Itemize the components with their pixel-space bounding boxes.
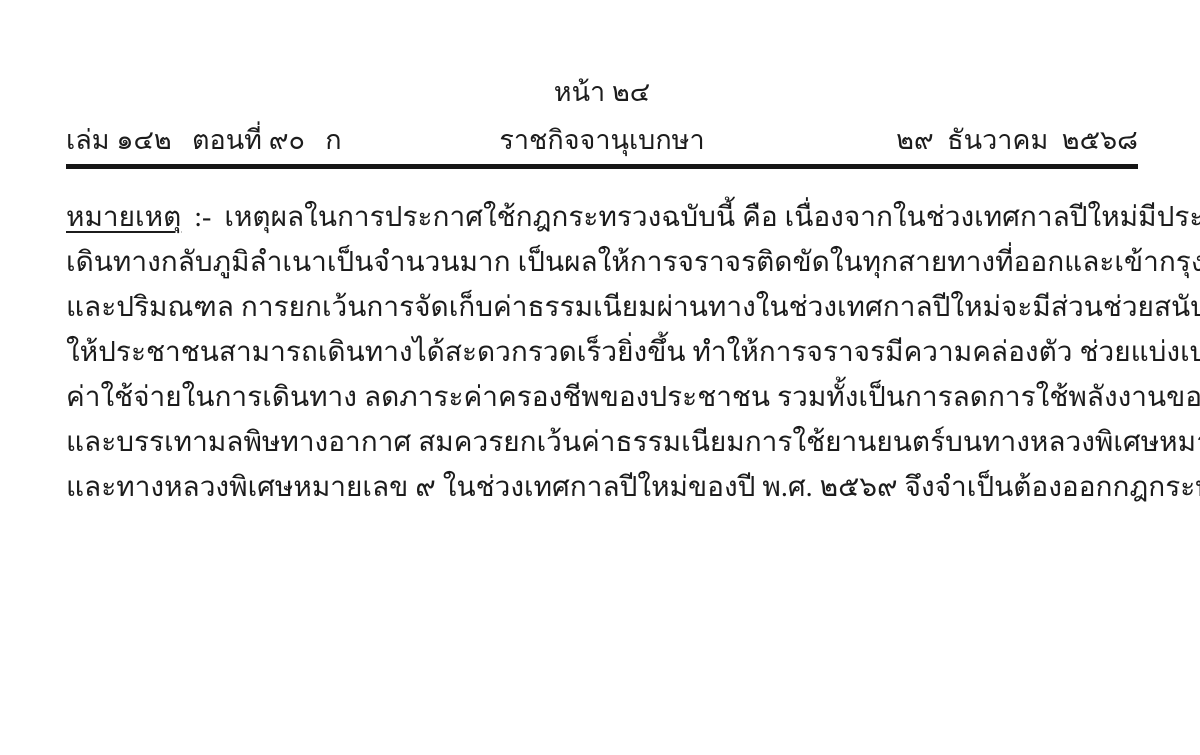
note-line-3: และปริมณฑล การยกเว้นการจัดเก็บค่าธรรมเนี… xyxy=(66,285,1138,330)
note-line-1: หมายเหตุ :- เหตุผลในการประกาศใช้กฎกระทรว… xyxy=(66,195,1138,240)
publication-date: ๒๙ ธันวาคม ๒๕๖๘ xyxy=(896,122,1138,158)
page-number: หน้า ๒๔ xyxy=(66,76,1138,108)
note-separator: :- xyxy=(188,202,217,233)
note-body: หมายเหตุ :- เหตุผลในการประกาศใช้กฎกระทรว… xyxy=(66,195,1138,510)
note-line-6: และบรรเทามลพิษทางอากาศ สมควรยกเว้นค่าธรร… xyxy=(66,420,1138,465)
header-divider-rule xyxy=(66,164,1138,169)
note-line-2: เดินทางกลับภูมิลำเนาเป็นจำนวนมาก เป็นผลใ… xyxy=(66,240,1138,285)
gazette-page: หน้า ๒๔ เล่ม ๑๔๒ ตอนที่ ๙๐ ก ราชกิจจานุเ… xyxy=(0,0,1200,755)
note-line-5: ค่าใช้จ่ายในการเดินทาง ลดภาระค่าครองชีพข… xyxy=(66,375,1138,420)
masthead: เล่ม ๑๔๒ ตอนที่ ๙๐ ก ราชกิจจานุเบกษา ๒๙ … xyxy=(66,122,1138,158)
note-line-7: และทางหลวงพิเศษหมายเลข ๙ ในช่วงเทศกาลปีใ… xyxy=(66,465,1138,510)
note-label: หมายเหตุ xyxy=(66,202,181,233)
note-line-1-text: เหตุผลในการประกาศใช้กฎกระทรวงฉบับนี้ คือ… xyxy=(224,202,1200,233)
note-line-4: ให้ประชาชนสามารถเดินทางได้สะดวกรวดเร็วยิ… xyxy=(66,330,1138,375)
